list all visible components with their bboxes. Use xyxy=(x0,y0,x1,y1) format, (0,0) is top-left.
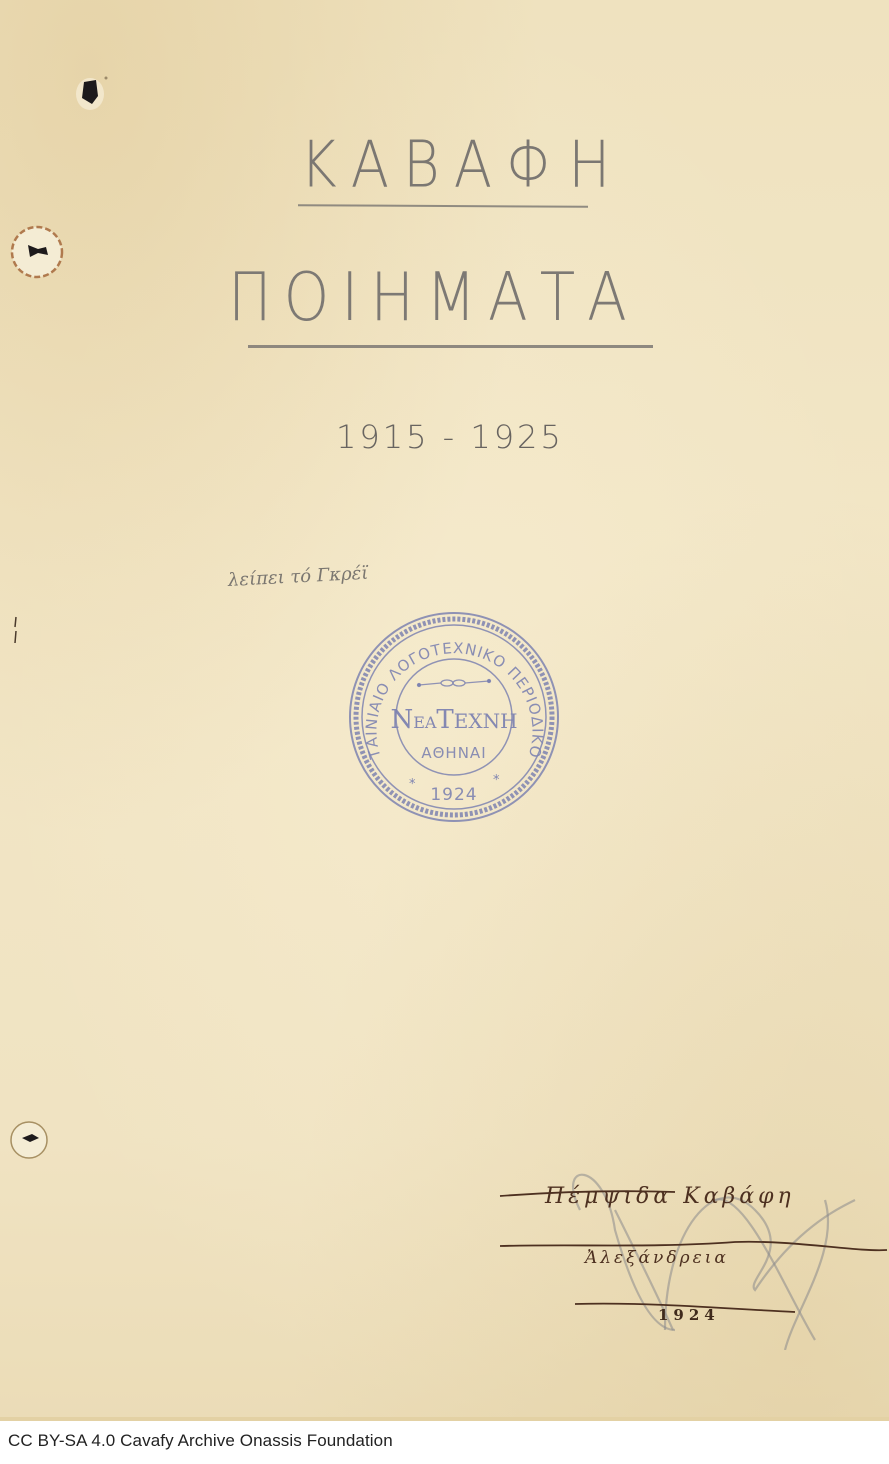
stamp-title-ea: ΕΑ xyxy=(413,713,437,732)
signature-block: Πέμψιδα Καβάφη Ἀλεξάνδρεια 1924 xyxy=(495,1170,889,1350)
stamp-title-echni: ΕΧΝΗ xyxy=(454,709,518,733)
title-underline-1 xyxy=(298,204,588,208)
title-kavafi: ΚΑΒΑΦΗ xyxy=(300,128,624,203)
stamp-title-t: Τ xyxy=(436,705,454,735)
left-edge-mark xyxy=(10,615,22,645)
year-range: 1915 - 1925 xyxy=(336,418,564,456)
manuscript-page: ΚΑΒΑΦΗ ΠΟΙΗΜΑΤΑ 1915 - 1925 λείπει τό Γκ… xyxy=(0,0,889,1421)
punch-hole-lower xyxy=(8,1120,52,1164)
signature-place: Ἀλεξάνδρεια xyxy=(585,1248,729,1268)
svg-text:ΝΕΑΤΕΧΝΗ: ΝΕΑΤΕΧΝΗ xyxy=(390,705,517,735)
signature-name: Πέμψιδα Καβάφη xyxy=(545,1184,795,1209)
license-caption: CC BY-SA 4.0 Cavafy Archive Onassis Foun… xyxy=(8,1431,393,1451)
stamp-city: ΑΘΗΝΑΙ xyxy=(421,744,486,762)
stamp-star-left: * xyxy=(409,777,416,792)
nea-techni-stamp: ΤΑΙΝΙΑΙΟ ΛΟΓΟΤΕΧΝΙΚΟ ΠΕΡΙΟΔΙΚΟ ΝΕΑΤΕΧΝΗ … xyxy=(347,610,562,825)
signature-year: 1924 xyxy=(658,1306,720,1324)
stamp-year: 1924 xyxy=(430,785,477,805)
stamp-title-n: Ν xyxy=(390,705,413,735)
page-bottom-edge xyxy=(0,1417,889,1421)
stamp-star-right: * xyxy=(493,773,500,788)
punch-hole-upper xyxy=(8,225,68,285)
title-underline-2 xyxy=(248,345,653,348)
punch-hole-top-mark xyxy=(60,70,110,120)
pencil-note: λείπει τό Γκρέϊ xyxy=(227,563,368,591)
title-poiimata: ΠΟΙΗΜΑΤΑ xyxy=(228,258,639,336)
